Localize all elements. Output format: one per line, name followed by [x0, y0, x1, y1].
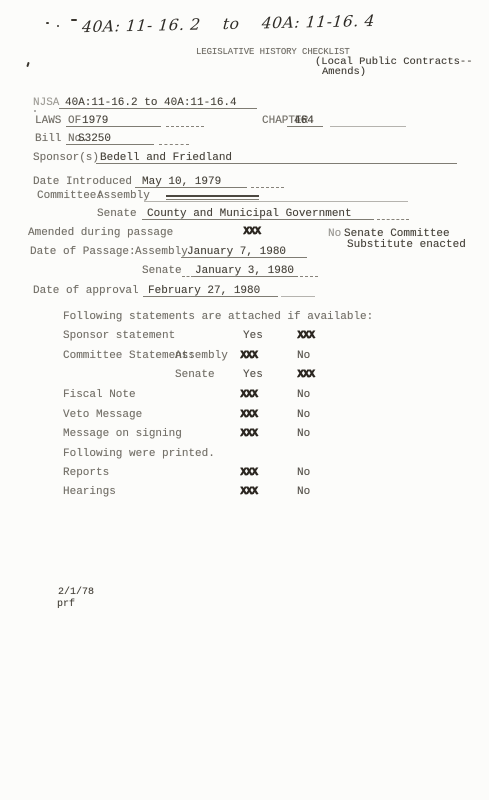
subject-line-2: Amends)	[322, 66, 366, 78]
committee-assembly-blank-strike2	[166, 199, 259, 200]
approval-underline	[143, 296, 278, 297]
passage-assembly-underline	[181, 257, 307, 258]
committee-label: Committee:	[37, 190, 103, 202]
statement-row-no: XXX	[297, 330, 314, 342]
stamp-initials: prf	[57, 599, 75, 611]
date-of-approval-label: Date of approval	[33, 285, 139, 297]
passage-senate-underline	[194, 276, 298, 277]
sponsors-label: Sponsor(s)	[33, 152, 99, 164]
stamp-date: 2/1/78	[58, 587, 94, 599]
amended-note-line2: Substitute enacted	[347, 239, 466, 251]
committee-senate-label: Senate	[97, 208, 137, 220]
laws-underline-tail	[166, 126, 204, 127]
printed-row-yes: XXX	[240, 486, 257, 498]
amended-yes-strikeout: XXX	[243, 226, 260, 238]
committee-senate-underline-tail	[377, 219, 409, 220]
amended-label: Amended during passage	[28, 227, 173, 239]
statement-row-yes: Yes	[243, 369, 263, 381]
printed-row-label: Reports	[63, 467, 109, 479]
statement-row-label: Sponsor statement	[63, 330, 175, 342]
passage-senate-underline-lead	[182, 276, 194, 277]
passage-senate-underline-tail	[300, 276, 318, 277]
bill-underline	[66, 144, 154, 145]
bill-underline-tail	[159, 144, 189, 145]
chapter-underline	[287, 126, 323, 127]
statement-row-yes: XXX	[240, 428, 257, 440]
amended-no: No	[328, 228, 341, 240]
scan-speck	[34, 110, 36, 112]
date-introduced-underline	[135, 187, 247, 188]
passage-assembly-label: Assembly	[135, 246, 188, 258]
njsa-label: NJSA	[33, 97, 59, 109]
printed-heading: Following were printed.	[63, 448, 215, 460]
scan-speck	[57, 25, 59, 27]
committee-assembly-blank-strike	[166, 195, 259, 197]
printed-row-no: No	[297, 486, 310, 498]
statement-row-sub: Senate	[175, 369, 215, 381]
printed-row-yes: XXX	[240, 467, 257, 479]
committee-senate-underline	[142, 219, 374, 220]
statement-row-label: Fiscal Note	[63, 389, 136, 401]
chapter-underline-tail	[330, 126, 406, 127]
handwritten-citation: 40A: 11- 16. 2 to 40A: 11-16. 4	[81, 12, 375, 36]
njsa-underline	[59, 108, 257, 109]
printed-row-label: Hearings	[63, 486, 116, 498]
passage-senate-label: Senate	[142, 265, 182, 277]
scanned-legislative-history-checklist: 40A: 11- 16. 2 to 40A: 11-16. 4 LEGISLAT…	[0, 0, 489, 800]
statement-row-yes: XXX	[240, 350, 257, 362]
scan-speck	[71, 19, 77, 21]
statement-row-sub: Assembly	[175, 350, 228, 362]
statement-row-yes: Yes	[243, 330, 263, 342]
statement-row-no: XXX	[297, 369, 314, 381]
statement-row-label: Message on signing	[63, 428, 182, 440]
statement-row-label: Veto Message	[63, 409, 142, 421]
statement-row-no: No	[297, 350, 310, 362]
date-introduced-underline-tail	[251, 187, 284, 188]
scan-speck	[26, 62, 29, 67]
date-introduced-label: Date Introduced	[33, 176, 132, 188]
committee-assembly-label: Assembly	[97, 190, 150, 202]
statement-row-no: No	[297, 389, 310, 401]
sponsors-underline	[96, 163, 457, 164]
statement-row-yes: XXX	[240, 389, 257, 401]
statements-heading: Following statements are attached if ava…	[63, 311, 373, 323]
committee-assembly-underline	[144, 201, 408, 202]
approval-underline-tail	[281, 296, 315, 297]
statement-row-no: No	[297, 409, 310, 421]
laws-underline	[66, 126, 161, 127]
scan-speck	[46, 22, 49, 24]
printed-row-no: No	[297, 467, 310, 479]
statement-row-no: No	[297, 428, 310, 440]
statement-row-yes: XXX	[240, 409, 257, 421]
date-of-passage-label: Date of Passage:	[30, 246, 136, 258]
